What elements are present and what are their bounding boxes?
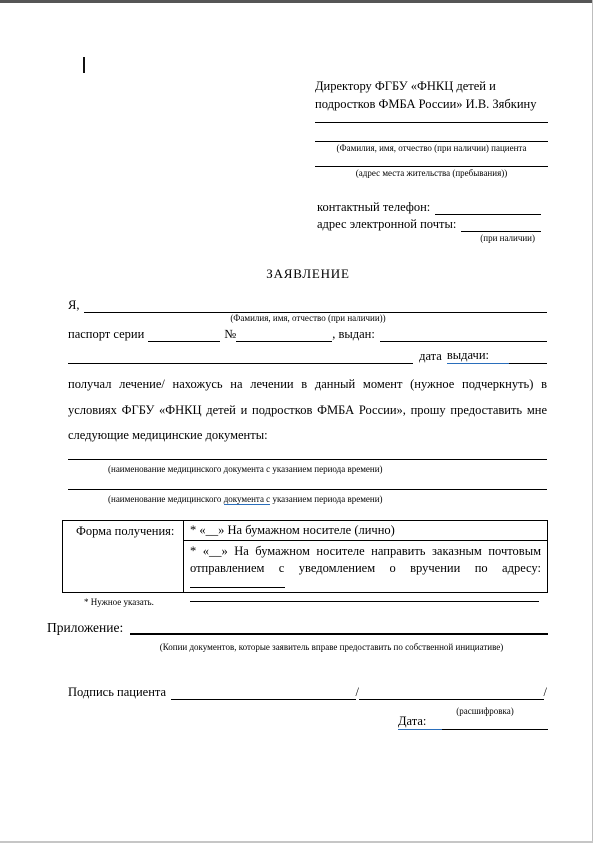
slash-1: / <box>356 684 359 700</box>
attachment-row: Приложение: <box>47 620 548 636</box>
signature-field[interactable] <box>171 699 356 700</box>
email-note: (при наличии) <box>317 233 541 244</box>
mail-address-field[interactable] <box>190 577 285 588</box>
blank-line-1[interactable] <box>315 122 548 123</box>
phone-label: контактный телефон: <box>317 199 430 215</box>
date-row: Дата: <box>398 713 548 730</box>
fullname-caption: (Фамилия, имя, отчество (при наличии)) <box>68 313 548 324</box>
table-footnote: * Нужное указать. <box>84 597 154 608</box>
addressee-text: Директору ФГБУ «ФНКЦ детей и подростков … <box>315 78 548 113</box>
i-label: Я, <box>68 298 79 313</box>
passport-row: паспорт серии № , выдан: <box>68 327 547 342</box>
patient-name-field[interactable] <box>315 141 548 142</box>
email-field[interactable] <box>461 231 541 232</box>
passport-series-field[interactable] <box>148 341 220 342</box>
caption-2-prefix: (наименование медицинского <box>108 494 224 504</box>
attachment-label: Приложение: <box>47 620 123 636</box>
passport-series-label: паспорт серии <box>68 327 144 342</box>
fullname-row: Я, <box>68 298 547 313</box>
patient-name-caption: (Фамилия, имя, отчество (при наличии) па… <box>315 143 548 154</box>
issued-by-field[interactable] <box>68 363 413 364</box>
issue-date-row: дата выдачи: <box>68 348 547 364</box>
issue-date-field[interactable] <box>509 363 547 364</box>
tracked-change-text: документа с <box>224 494 271 505</box>
passport-number-sign: № <box>224 327 236 342</box>
phone-field[interactable] <box>435 214 541 215</box>
phone-row: контактный телефон: <box>317 199 541 215</box>
passport-issued-field[interactable] <box>380 341 547 342</box>
passport-number-field[interactable] <box>236 341 332 342</box>
receipt-form-label: Форма получения: <box>63 521 184 592</box>
option-mail-text: * «__» На бумажном носителе направить за… <box>190 544 541 575</box>
issue-date-prefix: дата <box>419 349 442 364</box>
addressee-block: Директору ФГБУ «ФНКЦ детей и подростков … <box>315 78 548 179</box>
option-mail[interactable]: * «__» На бумажном носителе направить за… <box>184 541 547 602</box>
transcript-field[interactable] <box>359 699 544 700</box>
page-border-top <box>0 0 593 3</box>
contact-block: контактный телефон: адрес электронной по… <box>317 199 541 244</box>
document-name-caption-2: (наименование медицинского документа с у… <box>108 494 383 505</box>
document-name-field-1[interactable] <box>68 459 547 460</box>
date-label: Дата: <box>398 713 442 730</box>
caption-2-suffix: указанием периода времени) <box>270 494 382 504</box>
signature-row: Подпись пациента / / <box>68 684 547 700</box>
email-row: адрес электронной почты: <box>317 216 541 232</box>
mail-address-field-2[interactable] <box>190 601 539 602</box>
option-personal[interactable]: * «__» На бумажном носителе (лично) <box>184 521 547 541</box>
main-paragraph: получал лечение/ нахожусь на лечении в д… <box>68 372 547 449</box>
date-field[interactable] <box>442 729 548 730</box>
document-title: ЗАЯВЛЕНИЕ <box>68 266 548 282</box>
attachment-caption: (Копии документов, которые заявитель впр… <box>115 642 548 653</box>
attachment-field[interactable] <box>130 633 548 635</box>
slash-2: / <box>544 684 547 700</box>
patient-address-caption: (адрес места жительства (пребывания)) <box>315 168 548 179</box>
document-page: Директору ФГБУ «ФНКЦ детей и подростков … <box>0 0 593 843</box>
receipt-form-table: Форма получения: * «__» На бумажном носи… <box>62 520 548 593</box>
passport-issued-label: , выдан: <box>332 327 375 342</box>
document-name-caption-1: (наименование медицинского документа с у… <box>108 464 383 475</box>
receipt-form-options: * «__» На бумажном носителе (лично) * «_… <box>184 521 547 592</box>
text-cursor <box>83 57 85 73</box>
issue-date-label: выдачи: <box>447 348 509 364</box>
document-name-field-2[interactable] <box>68 489 547 490</box>
email-label: адрес электронной почты: <box>317 216 456 232</box>
patient-address-field[interactable] <box>315 166 548 167</box>
signature-label: Подпись пациента <box>68 684 166 700</box>
